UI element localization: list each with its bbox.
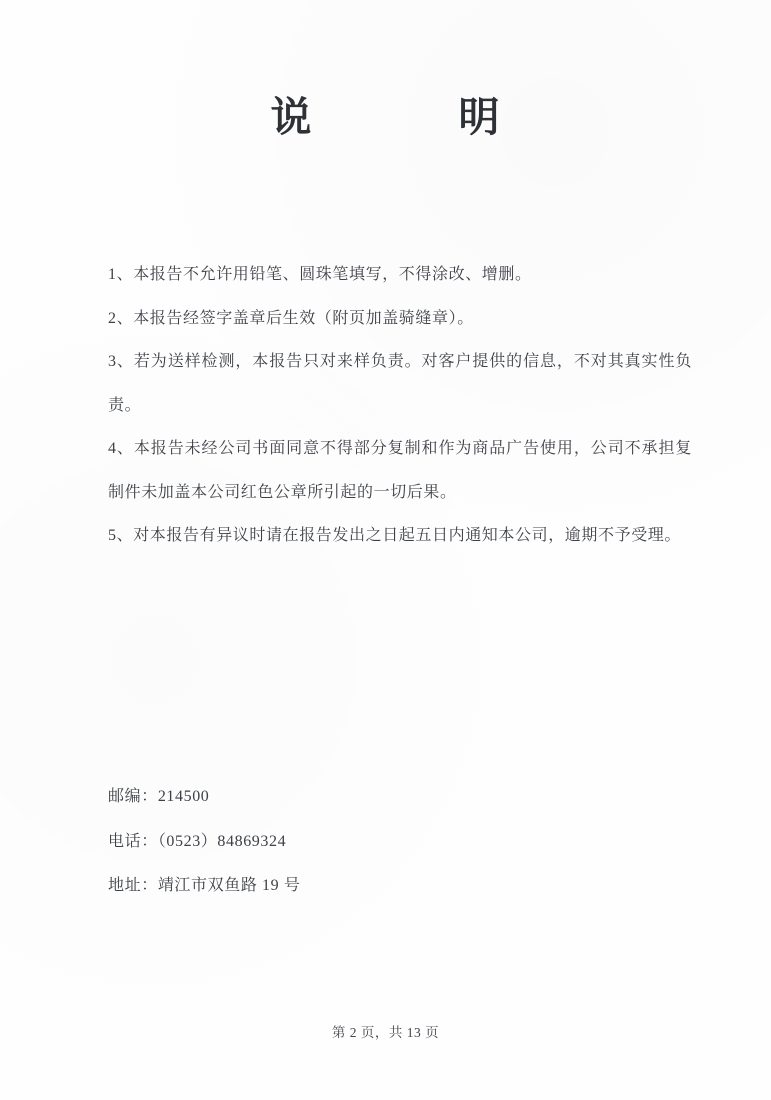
document-page: 说 明 1、本报告不允许用铅笔、圆珠笔填写，不得涂改、增删。 2、本报告经签字盖… (0, 0, 771, 1100)
note-item-5: 5、对本报告有异议时请在报告发出之日起五日内通知本公司，逾期不予受理。 (108, 514, 692, 558)
postal-code-label: 邮编： (108, 788, 158, 805)
phone-label: 电话： (108, 833, 158, 850)
note-item-3: 3、若为送样检测，本报告只对来样负责。对客户提供的信息，不对其真实性负责。 (108, 340, 692, 427)
phone-value: （0523）84869324 (158, 833, 286, 850)
address-label: 地址： (108, 877, 158, 894)
phone-line: 电话：（0523）84869324 (108, 820, 300, 865)
page-title-char-right: 明 (459, 84, 501, 143)
note-item-4: 4、本报告未经公司书面同意不得部分复制和作为商品广告使用，公司不承担复制件未加盖… (108, 427, 692, 514)
note-item-2: 2、本报告经签字盖章后生效（附页加盖骑缝章）。 (108, 297, 692, 341)
postal-code-value: 214500 (158, 788, 210, 805)
page-number: 第 2 页，共 13 页 (0, 1021, 771, 1041)
notes-list: 1、本报告不允许用铅笔、圆珠笔填写，不得涂改、增删。 2、本报告经签字盖章后生效… (108, 253, 692, 558)
page-title: 说 明 (0, 84, 771, 143)
address-value: 靖江市双鱼路 19 号 (158, 877, 301, 894)
address-line: 地址：靖江市双鱼路 19 号 (108, 864, 300, 909)
postal-code-line: 邮编：214500 (108, 775, 300, 820)
page-title-char-left: 说 (271, 84, 313, 143)
contact-block: 邮编：214500 电话：（0523）84869324 地址：靖江市双鱼路 19… (108, 775, 300, 909)
note-item-1: 1、本报告不允许用铅笔、圆珠笔填写，不得涂改、增删。 (108, 253, 692, 297)
